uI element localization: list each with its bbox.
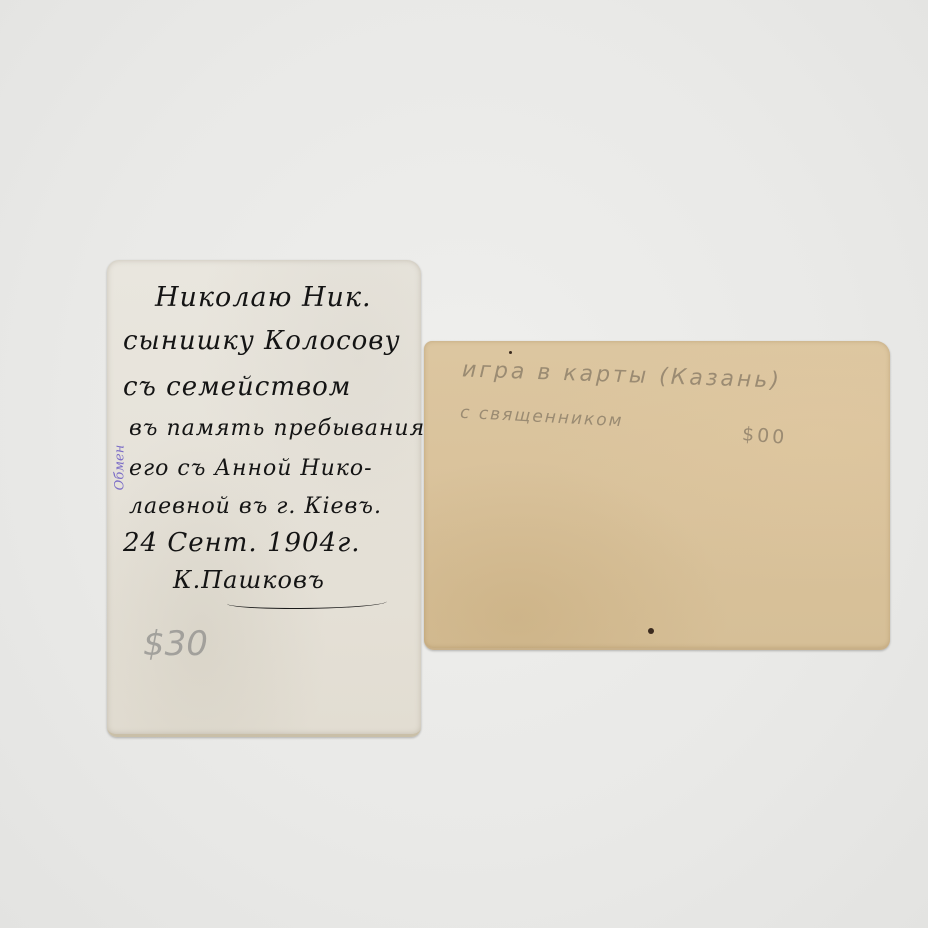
- pencil-price: $00: [741, 423, 788, 449]
- inscription-date: 24 Сент. 1904г.: [123, 528, 361, 558]
- inscription-line: Николаю Ник.: [155, 282, 372, 313]
- inscription-line: съ семейством: [123, 372, 351, 402]
- inscription-line: его съ Анной Нико-: [129, 456, 373, 481]
- left-photo-card-back: Николаю Ник. сынишку Колосову съ семейст…: [107, 260, 421, 737]
- right-photo-card-back: игра в карты (Казань) с священником $00: [424, 341, 890, 650]
- inscription-line: сынишку Колосову: [123, 326, 401, 356]
- pencil-note-line: игра в карты (Казань): [462, 357, 783, 393]
- purple-stamp: Обмен: [112, 445, 127, 491]
- inscription-line: въ память пребывания: [129, 416, 425, 441]
- inscription-signature: К.Пашковъ: [173, 566, 325, 594]
- photo-scene: Николаю Ник. сынишку Колосову съ семейст…: [0, 0, 928, 928]
- pin-hole: [648, 628, 654, 634]
- pencil-price: $30: [143, 624, 208, 664]
- pin-hole: [509, 351, 512, 354]
- signature-flourish: [227, 596, 387, 609]
- pencil-note-line: с священником: [460, 403, 624, 432]
- inscription-line: лаевной въ г. Кіевъ.: [129, 494, 382, 519]
